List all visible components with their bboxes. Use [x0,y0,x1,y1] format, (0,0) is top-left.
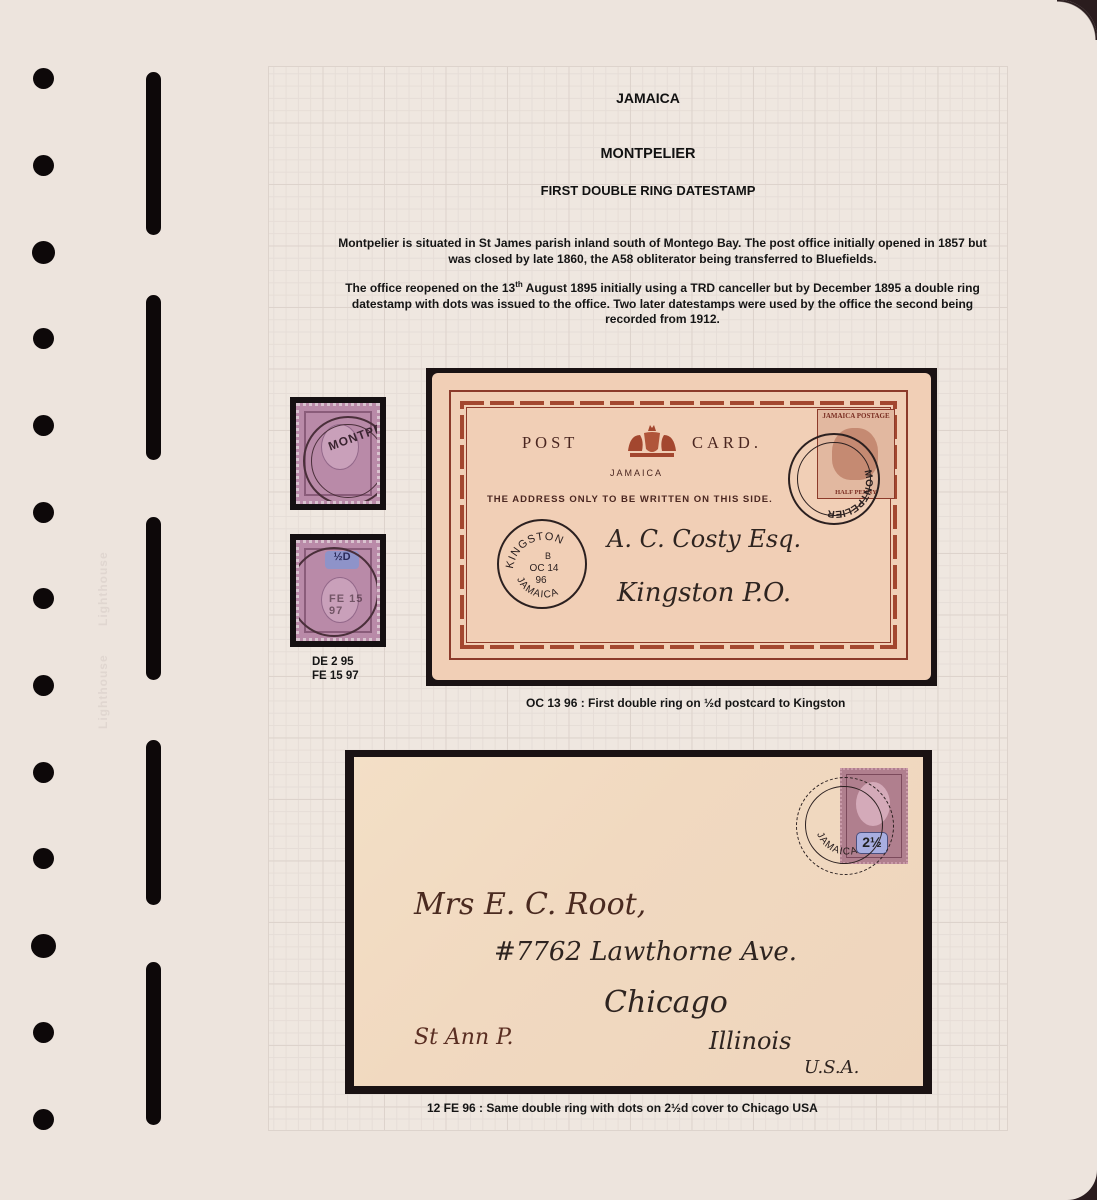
country-heading: JAMAICA [268,90,1028,106]
postmark-text-ring: JAMAICA [797,778,895,876]
card-label: CARD. [692,433,762,453]
binder-hole [33,502,54,523]
binder-hole [33,328,54,349]
montpelier-postmark: MONTPELIER [788,433,880,525]
loose-stamp-dates: DE 2 95 FE 15 97 [312,655,359,683]
para-text: The office reopened on the 13 [345,281,515,295]
binder-slot [146,295,161,460]
binder-slot [146,962,161,1125]
stamp-image: ½D FE 15 97 [296,540,380,641]
album-page: Lighthouse Lighthouse JAMAICA MONTPELIER… [0,0,1097,1200]
postmark-country: JAMAICA [814,830,859,857]
handwritten-country: U.S.A. [804,1057,859,1078]
postmark-year: 96 [535,575,547,586]
binder-hole [33,1109,54,1130]
handwritten-routing: St Ann P. [414,1025,513,1050]
handwritten-city: Chicago [604,985,728,1020]
stamp-image: MONTPE [296,403,380,504]
postcard-country-label: JAMAICA [610,468,663,478]
binder-hole [33,415,54,436]
postmark-code: B [545,551,551,561]
binder-slot [146,740,161,905]
brand-watermark: Lighthouse Lighthouse [96,540,156,740]
intro-paragraph-1: Montpelier is situated in St James paris… [330,236,995,267]
postcard-caption: OC 13 96 : First double ring on ½d postc… [526,696,845,710]
cover-caption: 12 FE 96 : Same double ring with dots on… [427,1101,818,1115]
office-heading: MONTPELIER [268,146,1028,162]
handwritten-addressee: A. C. Costy Esq. [607,525,801,553]
post-label: POST [522,433,578,453]
royal-crest-icon [620,421,684,461]
date-label: FE 15 97 [312,669,359,683]
postmark-text-ring: MONTPELIER [790,435,882,527]
postmark-text: FE 15 97 [329,593,377,617]
postmark-date: OC 14 [530,563,559,574]
binder-hole [31,934,56,958]
binder-hole [33,675,54,696]
binder-hole [33,155,54,176]
stamp-top-text: JAMAICA POSTAGE [820,412,892,420]
envelope-cover: 2½ JAMAICA Mrs E. C. Root, #7762 Lawthor… [354,757,923,1086]
intro-paragraph-2: The office reopened on the 13th August 1… [330,281,995,328]
postcard-mount: POST CARD. JAMAICA THE ADDRESS ONLY TO B… [426,368,937,686]
handwritten-address: Kingston P.O. [617,578,791,608]
subtitle-heading: FIRST DOUBLE RING DATESTAMP [268,183,1028,198]
binder-hole [33,1022,54,1043]
kingston-postmark: KINGSTON JAMAICA B OC 14 96 [497,519,587,609]
loose-stamp-1d: MONTPE [290,397,386,510]
svg-text:MONTPELIER: MONTPELIER [815,468,882,525]
cover-mount: 2½ JAMAICA Mrs E. C. Root, #7762 Lawthor… [345,750,932,1094]
binder-hole [33,68,54,89]
watermark-text: Lighthouse [96,654,156,729]
binder-hole [33,762,54,783]
postcard: POST CARD. JAMAICA THE ADDRESS ONLY TO B… [432,373,931,680]
loose-stamp-halfpenny: ½D FE 15 97 [290,534,386,647]
postmark-text-ring: KINGSTON JAMAICA B OC 14 96 [499,521,589,611]
binder-hole [33,588,54,609]
address-instruction: THE ADDRESS ONLY TO BE WRITTEN ON THIS S… [487,494,773,505]
montpelier-postmark: JAMAICA [796,777,894,875]
binder-hole [32,241,55,264]
superscript: th [515,280,523,289]
binder-slot [146,72,161,235]
handwritten-state: Illinois [709,1027,791,1055]
svg-text:JAMAICA: JAMAICA [814,830,859,857]
handwritten-street: #7762 Lawthorne Ave. [494,937,797,967]
binder-hole [33,848,54,869]
postmark-town: MONTPELIER [815,468,882,525]
handwritten-addressee: Mrs E. C. Root, [414,887,646,922]
watermark-text: Lighthouse [96,551,156,626]
date-label: DE 2 95 [312,655,359,669]
page-corner [1057,0,1097,40]
